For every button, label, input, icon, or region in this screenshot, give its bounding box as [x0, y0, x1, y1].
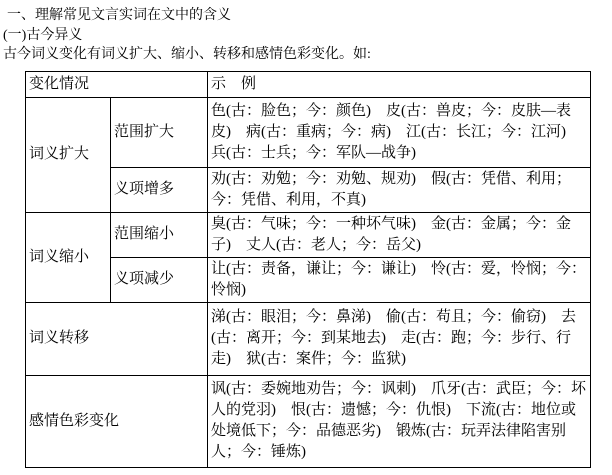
vocab-change-table: 变化情况 示 例 词义扩大 范围扩大 色(古：脸色；今：颜色) 皮(古：兽皮；今…	[25, 71, 591, 468]
example-meaning-transfer: 涕(古：眼泪；今：鼻涕) 偷(古：苟且；今：偷窃) 去(古：离开；今：到某地去)…	[208, 302, 591, 375]
example-items-increase: 劝(古：劝勉；今：劝勉、规劝) 假(古：凭借、利用；今：凭借、利用，不真)	[208, 167, 591, 212]
table-row-emotion: 感情色彩变化 讽(古：委婉地劝告；今：讽刺) 爪牙(古：武臣；今：坏人的党羽) …	[26, 375, 591, 467]
example-emotion-change: 讽(古：委婉地劝告；今：讽刺) 爪牙(古：武臣；今：坏人的党羽) 恨(古：遗憾；…	[208, 375, 591, 467]
sub-label-scope-shrink: 范围缩小	[111, 212, 208, 257]
table-row-shrink-scope: 词义缩小 范围缩小 臭(古：气味；今：一种坏气味) 金(古：金属；今：金子) 丈…	[26, 212, 591, 257]
example-scope-shrink: 臭(古：气味；今：一种坏气味) 金(古：金属；今：金子) 丈人(古：老人；今：岳…	[208, 212, 591, 257]
header-change-type: 变化情况	[26, 71, 208, 97]
sub-label-items-decrease: 义项减少	[111, 257, 208, 302]
doc-intro: 古今词义变化有词义扩大、缩小、转移和感情色彩变化。如:	[3, 45, 612, 65]
row-label-emotion-change: 感情色彩变化	[26, 375, 208, 467]
table-header-row: 变化情况 示 例	[26, 71, 591, 97]
sub-label-scope-expand: 范围扩大	[111, 97, 208, 167]
document-page: 一、理解常见文言实词在文中的含义 (一)古今异义 古今词义变化有词义扩大、缩小、…	[0, 0, 612, 468]
table-row-transfer: 词义转移 涕(古：眼泪；今：鼻涕) 偷(古：苟且；今：偷窃) 去(古：离开；今：…	[26, 302, 591, 375]
example-items-decrease: 让(古：责备，谦让；今：谦让) 怜(古：爱，怜悯；今：怜悯)	[208, 257, 591, 302]
doc-title: 一、理解常见文言实词在文中的含义	[3, 6, 612, 26]
example-scope-expand: 色(古：脸色；今：颜色) 皮(古：兽皮；今：皮肤—表皮) 病(古：重病；今：病)…	[208, 97, 591, 167]
row-label-meaning-expand: 词义扩大	[26, 97, 111, 212]
sub-label-items-increase: 义项增多	[111, 167, 208, 212]
header-example: 示 例	[208, 71, 591, 97]
row-label-meaning-shrink: 词义缩小	[26, 212, 111, 302]
table-row-shrink-items: 义项减少 让(古：责备，谦让；今：谦让) 怜(古：爱，怜悯；今：怜悯)	[26, 257, 591, 302]
table-row-expand-scope: 词义扩大 范围扩大 色(古：脸色；今：颜色) 皮(古：兽皮；今：皮肤—表皮) 病…	[26, 97, 591, 167]
doc-subtitle: (一)古今异义	[3, 26, 612, 46]
row-label-meaning-transfer: 词义转移	[26, 302, 208, 375]
table-row-expand-items: 义项增多 劝(古：劝勉；今：劝勉、规劝) 假(古：凭借、利用；今：凭借、利用，不…	[26, 167, 591, 212]
